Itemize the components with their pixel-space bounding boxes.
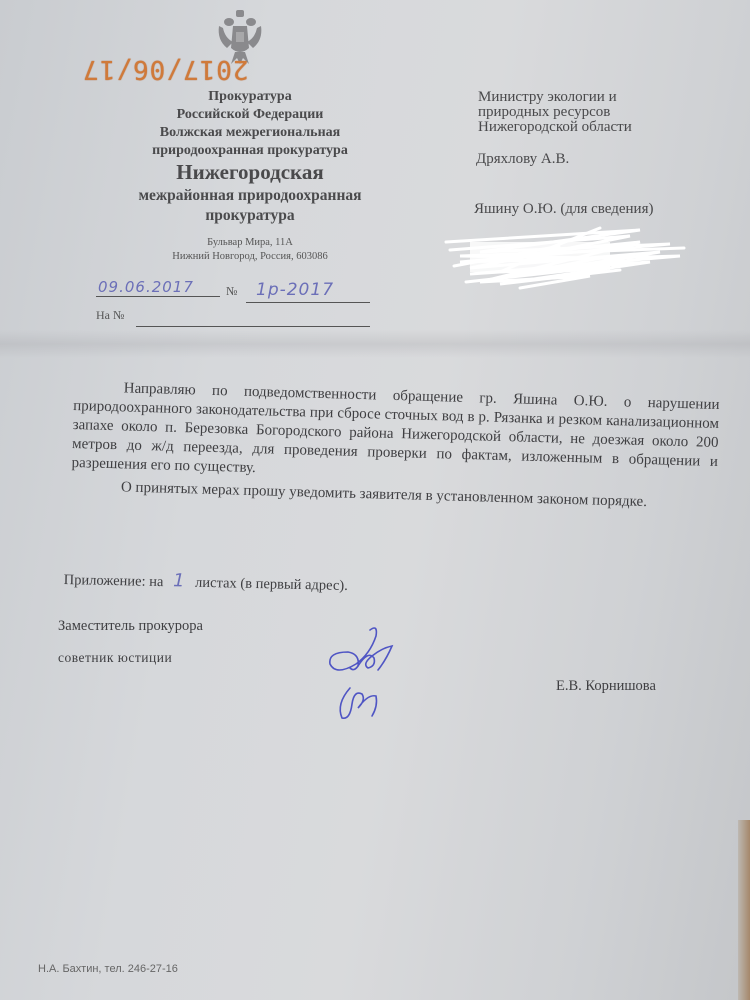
- recipient-secondary: Яшину О.Ю. (для сведения): [474, 202, 653, 217]
- handwritten-number: 1р-2017: [256, 280, 334, 300]
- date-underline: [96, 296, 220, 297]
- body-paragraph-1: Направляю по подведомственности обращени…: [71, 378, 719, 491]
- letterhead-line: Волжская межрегиональная: [60, 124, 440, 142]
- attachment-prefix: Приложение: на: [64, 572, 164, 590]
- signer-position: Заместитель прокурора: [58, 618, 203, 635]
- handwritten-date: 09.06.2017: [98, 278, 194, 296]
- recipient-line: Нижегородской области: [478, 120, 632, 135]
- letterhead-line: Прокуратура: [60, 88, 440, 106]
- letterhead-subtitle-line: межрайонная природоохранная: [60, 186, 440, 206]
- letterhead-subtitle-line: прокуратура: [60, 206, 440, 226]
- redaction-scribble: [440, 222, 690, 290]
- reply-number-label: На №: [96, 308, 124, 323]
- recipient-name: Дряхлову А.В.: [476, 152, 569, 167]
- photo-date-stamp: 2017/06/17: [82, 54, 249, 84]
- letterhead-title: Нижегородская: [60, 160, 440, 185]
- executor-contact: Н.А. Бахтин, тел. 246-27-16: [38, 963, 178, 975]
- letterhead-line: природоохранная прокуратура: [60, 142, 440, 160]
- reply-number-underline: [136, 326, 370, 327]
- address-street: Бульвар Мира, 11А: [100, 236, 400, 250]
- attachment-suffix: листах (в первый адрес).: [195, 575, 348, 594]
- recipient-organization: Министру экологии и природных ресурсов Н…: [478, 90, 632, 135]
- letterhead-line: Российской Федерации: [60, 106, 440, 124]
- letterhead-organization: Прокуратура Российской Федерации Волжска…: [60, 88, 440, 160]
- signer-rank: советник юстиции: [58, 650, 172, 666]
- letter-body: Направляю по подведомственности обращени…: [71, 378, 720, 514]
- letterhead-subtitle: межрайонная природоохранная прокуратура: [60, 186, 440, 226]
- signer-name: Е.В. Корнишова: [556, 678, 656, 695]
- address-city: Нижний Новгород, Россия, 603086: [100, 250, 400, 264]
- paper-fold-shadow: [0, 330, 750, 358]
- handwritten-signature: [322, 624, 412, 724]
- table-edge: [738, 820, 750, 1000]
- attachment-line: Приложение: на 1 листах (в первый адрес)…: [64, 568, 349, 595]
- attachment-count-handwritten: 1: [167, 570, 192, 592]
- letterhead-address: Бульвар Мира, 11А Нижний Новгород, Росси…: [100, 236, 400, 264]
- number-underline: [246, 302, 370, 303]
- recipient-line: Министру экологии и: [478, 90, 632, 105]
- recipient-line: природных ресурсов: [478, 105, 632, 120]
- number-label: №: [226, 284, 237, 299]
